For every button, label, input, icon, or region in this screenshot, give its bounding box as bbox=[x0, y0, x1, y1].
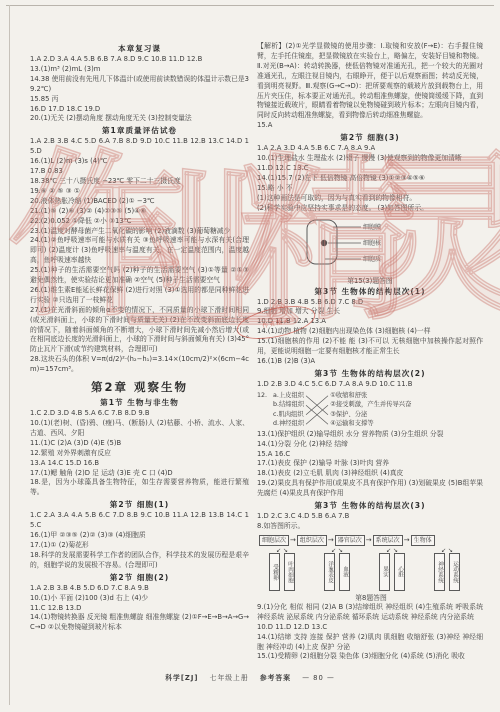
right-arrow-icon: → bbox=[290, 536, 296, 544]
footer-book: 七年级上册 bbox=[210, 674, 249, 682]
answer-line: 23.(1)温度对酵母菌产生二氧化碳的影响 (2)液滴数 (3)葡萄糖减少 bbox=[30, 227, 249, 237]
flow-example-box: 果实 bbox=[379, 553, 390, 591]
flow-example-boxes: 洋葱表皮血液 bbox=[314, 553, 360, 591]
answer-line: 15.A 16.C bbox=[257, 450, 483, 460]
page-footer: 科学[ZJ] 七年级上册 参考答案 — 80 — bbox=[0, 672, 500, 682]
answer-line: 13.A 14.C 15.D 16.B bbox=[30, 459, 249, 469]
section-heading: 第3节 生物体的结构层次(3) bbox=[257, 500, 483, 511]
flow-example-group: ↙ ↘神经系统运动系统 bbox=[424, 548, 470, 591]
matching-left-list: a.上皮组织b.结缔组织c.肌肉组织d.神经组织 bbox=[273, 391, 304, 429]
answer-line: 17.(1)表皮 保护 (2)输导 叶脉 (3)叶肉 营养 bbox=[257, 459, 483, 469]
scanned-answer-page: { "footer": { "subject": "科学[ZJ]", "book… bbox=[0, 0, 500, 712]
answer-line: 15.A bbox=[257, 121, 483, 131]
answer-line: 10.(1)(老)树、(昏)鸦、(瘦)马、(断肠)人 (2)枯藤、小桥、流水、人… bbox=[30, 419, 249, 439]
answer-line: 1.A 2.B 3.B 4.C 5.D 6.A 7.B 8.D 9.D 10.C… bbox=[30, 137, 249, 157]
svg-text:细胞质: 细胞质 bbox=[363, 255, 381, 263]
right-arrow-icon: → bbox=[366, 536, 372, 544]
answer-line: 9.细胞 增加 增大 分裂 生长 bbox=[257, 307, 483, 317]
matching-left-item: a.上皮组织 bbox=[273, 391, 304, 401]
left-column: 本章复习课1.A 2.D 3.A 4.A 5.B 6.B 7.A 8.D 9.C… bbox=[30, 42, 249, 633]
answer-line: 17.(1)鳃 触角 (2)D 足 运动 (3)E 壳 C 口 (4)D bbox=[30, 469, 249, 479]
answer-line: 1.D 2.B 3.B 4.B 5.B 6.D 7.C 8.D bbox=[257, 298, 483, 308]
cell-figure-caption: 第15(3)题答图 bbox=[257, 275, 483, 285]
structure-levels-flowchart: 细胞层次→组织层次→器官层次→系统层次→生物体↙ ↘受精卵叶肉细胞↙ ↘洋葱表皮… bbox=[259, 535, 483, 602]
answer-line: 14.(1)15.7 (2)左下 低倍物镜 高倍物镜 (3)①②③④⑤⑥ bbox=[257, 174, 483, 184]
right-column: 【解析】(2)①光学显微镜的使用步骤：Ⅰ.取镜和安放(F→E)：右手握住镜臂，左… bbox=[257, 42, 483, 662]
matching-item-number: 12. bbox=[257, 391, 273, 429]
answer-line: 15.(1)受精卵 (2)细胞分裂 染色体 (3)细胞分化 (4)系统 (5)消… bbox=[257, 652, 483, 662]
answer-line: 1.A 2.A 3.D 4.A 5.B 6.C 7.A 8.A 9.A bbox=[257, 144, 483, 154]
answer-line: 16.D 17.D 18.C 19.D bbox=[30, 105, 249, 115]
matching-right-item: ③保护、分泌 bbox=[330, 410, 411, 420]
matching-left-item: c.肌肉组织 bbox=[273, 410, 304, 420]
answer-line: 16.(1)B (2)B (3)A bbox=[257, 357, 483, 367]
answer-line: 10.(1)生理盐水 生理盐水 (2)镊子 慢慢 (3)使观察到的物像更加清晰 bbox=[257, 154, 483, 164]
right-arrow-icon: → bbox=[404, 536, 410, 544]
section-heading: 第2节 细胞(1) bbox=[30, 499, 249, 510]
matching-left-item: b.结缔组织 bbox=[273, 400, 304, 410]
answer-line: 19.(2)果皮具有保护作用(或果皮不具有保护作用) (3)划破果皮 (5)B组… bbox=[257, 479, 483, 499]
matching-right-list: ①收缩和舒张②接受刺激，产生并传导兴奋③保护、分泌④运输和支撑等 bbox=[330, 391, 411, 429]
answer-line: 10.D 11.D 12.D 13.C bbox=[257, 623, 483, 633]
answer-line: 18.(1)表皮 (2)立毛肌 肌肉 (3)神经组织 (4)真皮 bbox=[257, 469, 483, 479]
matching-left-item: d.神经组织 bbox=[273, 419, 304, 429]
answer-line: 17.B 0.83 bbox=[30, 167, 249, 177]
answer-line: 1.D 2.B 3.D 4.C 5.C 6.D 7.A 8.A 9.D 10.C… bbox=[257, 380, 483, 390]
flow-level-box: 组织层次 bbox=[297, 535, 327, 546]
answer-line: 19.⑥ ② ⑤ ③ ① bbox=[30, 187, 249, 197]
section-heading: 第2节 细胞(3) bbox=[257, 132, 483, 143]
answer-line: (1)这种画法是可取的，因为与真实看到的物像相符。 bbox=[257, 194, 483, 204]
scan-edge-top bbox=[6, 5, 494, 6]
answer-line: 22.(2)0.052 ①降低 ②小 ③13℃ bbox=[30, 217, 249, 227]
flow-level-box: 器官层次 bbox=[335, 535, 365, 546]
answer-line: 15.略 小 不 bbox=[257, 184, 483, 194]
answer-line: 8.如答图所示。 bbox=[257, 522, 483, 532]
flow-example-box: 洋葱表皮 bbox=[324, 553, 335, 591]
section-heading: 第1章质量评估试卷 bbox=[30, 125, 249, 136]
flow-level-box: 细胞层次 bbox=[259, 535, 289, 546]
answer-line: 18.是，因为小球藻具备生物特征，如生存需要营养物质，能进行繁殖等。 bbox=[30, 478, 249, 498]
section-heading: 第1节 生物与非生物 bbox=[30, 397, 249, 408]
footer-subject: 科学[ZJ] bbox=[165, 674, 198, 682]
answer-line: 1.C 2.D 3.D 4.B 5.A 6.C 7.B 8.D 9.B bbox=[30, 409, 249, 419]
answer-line: 15.(1)细胞核的作用 (2)不能 能 (3)不可以 无核细胞中加核操作起对照… bbox=[257, 337, 483, 357]
answer-line: 15.85 丙 bbox=[30, 95, 249, 105]
answer-line: 10.D 11.B 12.A 13.A bbox=[257, 317, 483, 327]
flow-example-boxes: 果实心脏 bbox=[369, 553, 415, 591]
answer-line: 20.液体热胀冷缩 (1)BACED (2)① −3℃ bbox=[30, 197, 249, 207]
matching-right-item: ②接受刺激，产生并传导兴奋 bbox=[330, 400, 411, 410]
answer-line: 1.A 2.B 3.B 4.B 5.D 6.D 7.C 8.A 9.B bbox=[30, 584, 249, 594]
answer-line: 17.(1)① (2)菊花形 bbox=[30, 541, 249, 551]
flow-level-box: 生物体 bbox=[411, 535, 435, 546]
flow-example-box: 叶肉细胞 bbox=[284, 553, 295, 591]
svg-text:细胞膜: 细胞膜 bbox=[363, 223, 381, 231]
flow-example-box: 心脏 bbox=[394, 553, 405, 591]
right-arrow-icon: → bbox=[328, 536, 334, 544]
answer-line: 18.科学的发展需要科学工作者的团队合作，科学技术的发展历程是艰辛的，细胞学说的… bbox=[30, 551, 249, 571]
answer-line: 11.D 12.C 13.C bbox=[257, 164, 483, 174]
section-heading: 本章复习课 bbox=[30, 43, 249, 54]
answer-line: 27.(1)在光滑斜面的倾角α不变的情况下，不同质量的小球下滑时间相同(或光滑斜… bbox=[30, 306, 249, 356]
svg-text:细胞核: 细胞核 bbox=[363, 239, 382, 247]
answer-line: 16.(1)甲 ②③⑤ (2)② (3)③ (4)细胞质 bbox=[30, 531, 249, 541]
footer-label: 参考答案 bbox=[260, 674, 291, 682]
flow-example-boxes: 受精卵叶肉细胞 bbox=[259, 553, 305, 591]
flow-example-box: 血液 bbox=[339, 553, 350, 591]
cell-structure-figure: 细胞膜细胞核细胞质第15(3)题答图 bbox=[295, 216, 483, 285]
flow-example-group: ↙ ↘洋葱表皮血液 bbox=[314, 548, 360, 591]
answer-line: 26.(1)维生素E能延长鲜花保鲜 (2)进行对照 (3)①选用的都是同种鲜花进… bbox=[30, 286, 249, 306]
flowchart-top-row: 细胞层次→组织层次→器官层次→系统层次→生物体 bbox=[259, 535, 483, 546]
matching-exercise-figure: 12.a.上皮组织b.结缔组织c.肌肉组织d.神经组织①收缩和舒张②接受刺激，产… bbox=[257, 391, 483, 429]
answer-line: 16.(1)L (2)m (3)s (4)℃ bbox=[30, 157, 249, 167]
matching-connector-lines bbox=[305, 391, 329, 429]
answer-line: 20.(1)无关 (2)摆动角度 摆动角度无关 (3)控制变量法 bbox=[30, 114, 249, 124]
answer-line: 14.(1)分裂 分化 (2)神经 结缔 bbox=[257, 440, 483, 450]
answer-line: 1.A 2.D 3.A 4.A 5.B 6.B 7.A 8.D 9.C 10.B… bbox=[30, 55, 249, 65]
footer-page-number: — 80 — bbox=[302, 674, 335, 682]
section-heading: 第2节 细胞(2) bbox=[30, 572, 249, 583]
answer-line: (2)科学实验中应坚持实事求是的态度。 (3)如答图所示。 bbox=[257, 204, 483, 214]
answer-line: 13.(1)保护组织 (2)输导组织 水分 营养物质 (3)分生组织 分裂 bbox=[257, 430, 483, 440]
cell-diagram: 细胞膜细胞核细胞质 bbox=[295, 216, 435, 270]
chapter-heading: 第2章 观察生物 bbox=[30, 379, 249, 395]
answer-line: 14.(1)结缔 支持 连接 保护 营养 (2)肌肉 肌细胞 收缩舒张 (3)神… bbox=[257, 633, 483, 653]
answer-line: 13.(1)m³ (2)mL (3)m bbox=[30, 65, 249, 75]
answer-line: 14.(1)动物 植物 (2)细胞内出现染色体 (3)细胞核 (4)一样 bbox=[257, 327, 483, 337]
answer-line: 9.(1)分化 相似 相同 (2)A B (3)结缔组织 神经组织 (4)生殖系… bbox=[257, 603, 483, 623]
flow-example-box: 神经系统 bbox=[434, 553, 445, 591]
matching-right-item: ①收缩和舒张 bbox=[330, 391, 411, 401]
flow-example-group: ↙ ↘果实心脏 bbox=[369, 548, 415, 591]
answer-line: 25.(1)种子的生活需要空气吗 (2)种子的生活需要空气 (3)①等量 ②①③… bbox=[30, 266, 249, 286]
flow-example-group: ↙ ↘受精卵叶肉细胞 bbox=[259, 548, 305, 591]
answer-line: 24.(1)②鱼呼吸速率可能与水质有关 ③鱼呼吸速率可能与水深有关(合理即可) … bbox=[30, 236, 249, 266]
flow-level-box: 系统层次 bbox=[373, 535, 403, 546]
flowchart-caption: 第8题答图 bbox=[259, 592, 483, 602]
scan-edge-left bbox=[9, 5, 10, 705]
answer-line: 10.(1)小 平面 (2)100 (3)d 右上 (4)少 bbox=[30, 594, 249, 604]
answer-line: 21.(1)⑤ (2)⑥ (3)② (4)②③⑤ (5)④⑥ bbox=[30, 207, 249, 217]
flowchart-example-row: ↙ ↘受精卵叶肉细胞↙ ↘洋葱表皮血液↙ ↘果实心脏↙ ↘神经系统运动系统 bbox=[259, 548, 483, 591]
section-heading: 第3节 生物体的结构层次(2) bbox=[257, 368, 483, 379]
answer-line: 28.这块石头的体积 V=π(d/2)²·(h₂−h₁)=3.14×(10cm/… bbox=[30, 355, 249, 375]
answer-line: 【解析】(2)①光学显微镜的使用步骤：Ⅰ.取镜和安放(F→E)：右手握住镜臂，左… bbox=[257, 42, 483, 121]
answer-line: 1.C 2.A 3.A 4.A 5.B 6.C 7.D 8.B 9.C 10.B… bbox=[30, 511, 249, 531]
answer-line: 18.38℃ 三十八摄氏度 −23℃ 零下二十三摄氏度 bbox=[30, 177, 249, 187]
answer-line: 14.(1)物镜转换器 反光镜 粗准焦螺旋 细准焦螺旋 (2)①F→E→B→A→… bbox=[30, 613, 249, 633]
answer-line: 12.繁殖 对外界刺激有反应 bbox=[30, 449, 249, 459]
section-heading: 第3节 生物体的结构层次(1) bbox=[257, 286, 483, 297]
answer-line: 14.38 使用前没有先甩几下体温计(或使用前读数错误的体温计示数已是39.2℃… bbox=[30, 75, 249, 95]
flow-example-box: 运动系统 bbox=[449, 553, 460, 591]
matching-right-item: ④运输和支撑等 bbox=[330, 419, 411, 429]
answer-line: 11.(1)C (2)A (3)D (4)E (5)B bbox=[30, 439, 249, 449]
flow-example-box: 受精卵 bbox=[269, 553, 280, 591]
flow-example-boxes: 神经系统运动系统 bbox=[424, 553, 470, 591]
answer-line: 1.D 2.C 3.C 4.D 5.B 6.A 7.B bbox=[257, 512, 483, 522]
answer-line: 11.C 12.B 13.D bbox=[30, 604, 249, 614]
